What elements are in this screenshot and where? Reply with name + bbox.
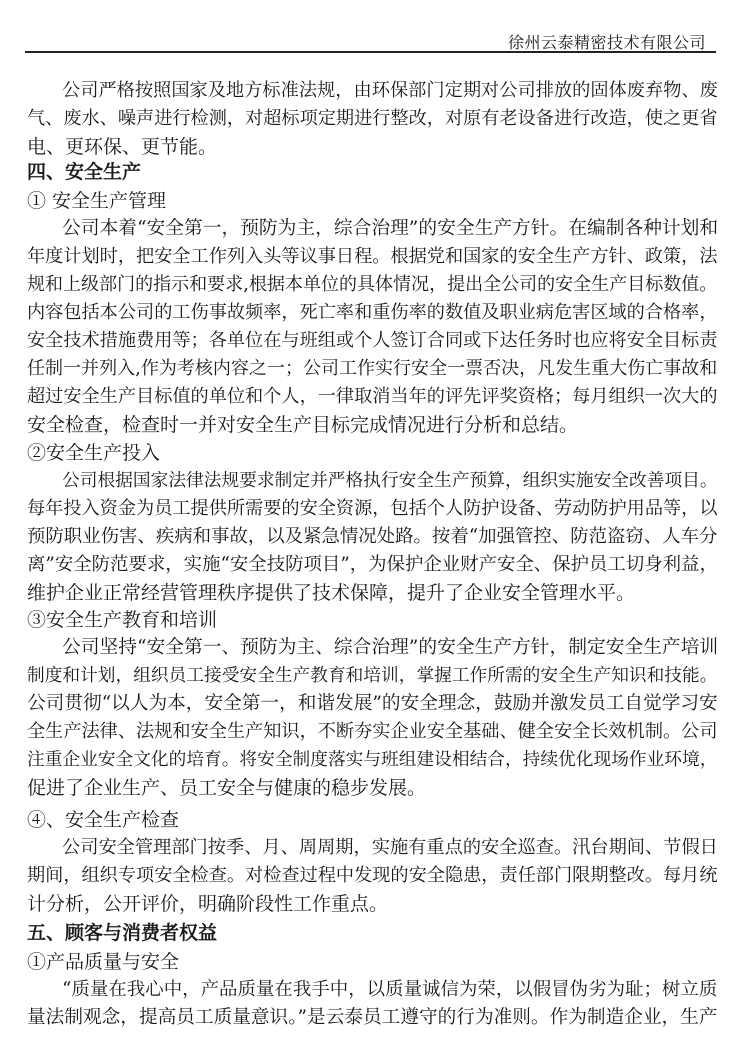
section-heading: 四、安全生产 [27, 160, 718, 184]
paragraph-line: 规和上级部门的指示和要求,根据本单位的具体情况，提出全公司的安全生产目标数值。 [27, 273, 718, 297]
paragraph-line: 离”安全防范要求，实施“安全技防项目”，为保护企业财产安全、保护员工切身利益， [27, 553, 718, 577]
paragraph-line: 气、废水、噪声进行检测，对超标项定期进行整改，对原有老设备进行改造，使之更省 [27, 107, 718, 131]
paragraph-line: 公司根据国家法律法规要求制定并严格执行安全生产预算，组织实施安全改善项目。 [62, 469, 718, 493]
paragraph-line: 年度计划时，把安全工作列入头等议事日程。根据党和国家的安全生产方针、政策，法 [27, 245, 718, 269]
paragraph-line: 公司本着“安全第一，预防为主，综合治理”的安全生产方针。在编制各种计划和 [62, 217, 718, 241]
paragraph-line: 期间，组织专项安全检查。对检查过程中发现的安全隐患，责任部门限期整改。每月统 [27, 864, 718, 888]
paragraph-line: 任制一并列入,作为考核内容之一；公司工作实行安全一票否决，凡发生重大伤亡事故和 [27, 357, 718, 381]
paragraph-line: 促进了企业生产、员工安全与健康的稳步发展。 [27, 776, 718, 800]
subsection-heading: ① 安全生产管理 [27, 189, 718, 213]
paragraph-line: 制度和计划，组织员工接受安全生产教育和培训，掌握工作所需的安全生产知识和技能。 [27, 664, 718, 688]
subsection-heading: ②安全生产投入 [27, 441, 718, 465]
paragraph-line: 公司坚持“安全第一、预防为主、综合治理”的安全生产方针，制定安全生产培训 [62, 636, 718, 660]
paragraph-line: 计分析，公开评价，明确阶段性工作重点。 [27, 892, 718, 916]
paragraph-line: 安全技术措施费用等；各单位在与班组或个人签订合同或下达任务时也应将安全目标责 [27, 329, 718, 353]
paragraph-line: “质量在我心中，产品质量在我手中，以质量诚信为荣，以假冒伪劣为耻；树立质 [62, 978, 718, 1002]
section-heading: 五、顾客与消费者权益 [27, 921, 718, 945]
paragraph-line: 量法制观念，提高员工质量意识。”是云泰员工遵守的行为准则。作为制造企业，生产 [27, 1006, 718, 1030]
paragraph-line: 公司贯彻“以人为本，安全第一，和谐发展”的安全理念，鼓励并激发员工自觉学习安 [27, 692, 718, 716]
subsection-heading: ③安全生产教育和培训 [27, 608, 718, 632]
paragraph-line: 电、更环保、更节能。 [27, 135, 718, 159]
paragraph-line: 预防职业伤害、疾病和事故，以及紧急情况处路。按着“加强管控、防范盗窃、人车分 [27, 525, 718, 549]
paragraph-line: 维护企业正常经营管理秩序提供了技术保障，提升了企业安全管理水平。 [27, 581, 718, 605]
header-company-name: 徐州云泰精密技术有限公司 [508, 30, 706, 53]
paragraph-line: 安全检查，检查时一并对安全生产目标完成情况进行分析和总结。 [27, 413, 718, 437]
subsection-heading: ①产品质量与安全 [27, 950, 718, 974]
subsection-heading: ④、安全生产检查 [27, 808, 718, 832]
paragraph-line: 公司严格按照国家及地方标准法规，由环保部门定期对公司排放的固体废弃物、废 [62, 79, 718, 103]
paragraph-line: 每年投入资金为员工提供所需要的安全资源，包括个人防护设备、劳动防护用品等，以 [27, 497, 718, 521]
paragraph-line: 全生产法律、法规和安全生产知识，不断夯实企业安全基础、健全安全长效机制。公司 [27, 720, 718, 744]
header-divider [25, 51, 716, 53]
paragraph-line: 公司安全管理部门按季、月、周周期，实施有重点的安全巡查。汛台期间、节假日 [62, 836, 718, 860]
paragraph-line: 超过安全生产目标值的单位和个人，一律取消当年的评先评奖资格；每月组织一次大的 [27, 385, 718, 409]
paragraph-line: 内容包括本公司的工伤事故频率，死亡率和重伤率的数值及职业病危害区域的合格率， [27, 301, 718, 325]
paragraph-line: 注重企业安全文化的培育。将安全制度落实与班组建设相结合，持续优化现场作业环境， [27, 748, 718, 772]
